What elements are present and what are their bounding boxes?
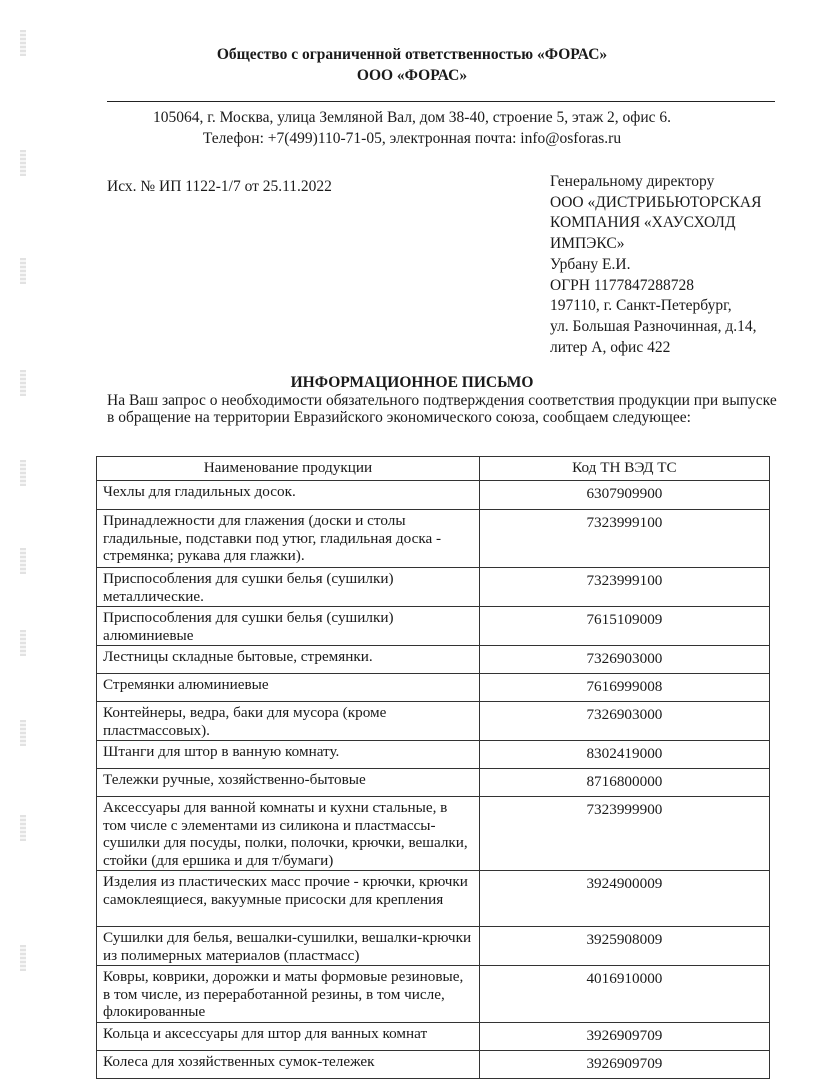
product-name: Стремянки алюминиевые — [97, 674, 480, 702]
table-row: Принадлежности для глажения (доски и сто… — [97, 510, 770, 568]
org-full-name: Общество с ограниченной ответственностью… — [0, 46, 824, 64]
recipient-line: КОМПАНИЯ «ХАУСХОЛД — [550, 213, 761, 234]
recipient-block: Генеральному директору ООО «ДИСТРИБЬЮТОР… — [550, 172, 761, 358]
table-row: Тележки ручные, хозяйственно-бытовые 871… — [97, 769, 770, 797]
product-name: Контейнеры, ведра, баки для мусора (кром… — [97, 702, 480, 741]
product-name: Колеса для хозяйственных сумок-тележек — [97, 1050, 480, 1078]
product-code: 3925908009 — [479, 927, 769, 966]
recipient-line: ОГРН 1177847288728 — [550, 276, 761, 297]
product-code: 3926909709 — [479, 1022, 769, 1050]
product-name: Ковры, коврики, дорожки и маты формовые … — [97, 966, 480, 1023]
recipient-line: Урбану Е.И. — [550, 255, 761, 276]
table-row: Сушилки для белья, вешалки-сушилки, веша… — [97, 927, 770, 966]
table-row: Чехлы для гладильных досок. 6307909900 — [97, 481, 770, 510]
product-name: Аксессуары для ванной комнаты и кухни ст… — [97, 797, 480, 871]
table-row: Изделия из пластических масс прочие - кр… — [97, 871, 770, 927]
scan-artifact-mark — [20, 815, 26, 841]
letter-title: ИНФОРМАЦИОННОЕ ПИСЬМО — [0, 374, 824, 392]
product-code: 8716800000 — [479, 769, 769, 797]
table-row: Колеса для хозяйственных сумок-тележек 3… — [97, 1050, 770, 1078]
product-name: Лестницы складные бытовые, стремянки. — [97, 646, 480, 674]
products-table: Наименование продукции Код ТН ВЭД ТС Чех… — [96, 456, 770, 1079]
product-name: Приспособления для сушки белья (сушилки)… — [97, 607, 480, 646]
product-code: 8302419000 — [479, 741, 769, 769]
product-name: Тележки ручные, хозяйственно-бытовые — [97, 769, 480, 797]
product-name: Сушилки для белья, вешалки-сушилки, веша… — [97, 927, 480, 966]
product-name: Чехлы для гладильных досок. — [97, 481, 480, 510]
table-row: Контейнеры, ведра, баки для мусора (кром… — [97, 702, 770, 741]
scan-artifact-mark — [20, 460, 26, 486]
recipient-line: литер А, офис 422 — [550, 338, 761, 359]
recipient-line: ИМПЭКС» — [550, 234, 761, 255]
product-code: 6307909900 — [479, 481, 769, 510]
scan-artifact-mark — [20, 945, 26, 971]
product-code: 7326903000 — [479, 646, 769, 674]
letterhead-divider — [107, 101, 775, 102]
org-address: 105064, г. Москва, улица Земляной Вал, д… — [0, 109, 824, 127]
table-row: Аксессуары для ванной комнаты и кухни ст… — [97, 797, 770, 871]
product-code: 7323999900 — [479, 797, 769, 871]
table-row: Кольца и аксессуары для штор для ванных … — [97, 1022, 770, 1050]
letter-intro: На Ваш запрос о необходимости обязательн… — [107, 393, 777, 426]
scan-artifact-mark — [20, 258, 26, 284]
product-name: Изделия из пластических масс прочие - кр… — [97, 871, 480, 927]
product-code: 3926909709 — [479, 1050, 769, 1078]
scan-artifact-mark — [20, 150, 26, 176]
scan-artifact-mark — [20, 720, 26, 746]
scan-artifact-mark — [20, 548, 26, 574]
product-code: 3924900009 — [479, 871, 769, 927]
product-name: Приспособления для сушки белья (сушилки)… — [97, 568, 480, 607]
outgoing-reference: Исх. № ИП 1122-1/7 от 25.11.2022 — [107, 178, 332, 196]
table-row: Стремянки алюминиевые 7616999008 — [97, 674, 770, 702]
table-row: Штанги для штор в ванную комнату. 830241… — [97, 741, 770, 769]
table-row: Приспособления для сушки белья (сушилки)… — [97, 568, 770, 607]
header-product-name: Наименование продукции — [97, 457, 480, 481]
product-name: Кольца и аксессуары для штор для ванных … — [97, 1022, 480, 1050]
table-header-row: Наименование продукции Код ТН ВЭД ТС — [97, 457, 770, 481]
product-code: 7323999100 — [479, 568, 769, 607]
table-row: Приспособления для сушки белья (сушилки)… — [97, 607, 770, 646]
table-row: Ковры, коврики, дорожки и маты формовые … — [97, 966, 770, 1023]
product-name: Штанги для штор в ванную комнату. — [97, 741, 480, 769]
product-code: 7615109009 — [479, 607, 769, 646]
product-code: 7323999100 — [479, 510, 769, 568]
org-short-name: ООО «ФОРАС» — [0, 67, 824, 85]
recipient-line: ООО «ДИСТРИБЬЮТОРСКАЯ — [550, 193, 761, 214]
product-code: 7616999008 — [479, 674, 769, 702]
header-tnved-code: Код ТН ВЭД ТС — [479, 457, 769, 481]
recipient-line: 197110, г. Санкт-Петербург, — [550, 296, 761, 317]
org-contacts: Телефон: +7(499)110-71-05, электронная п… — [0, 130, 824, 148]
recipient-line: Генеральному директору — [550, 172, 761, 193]
scan-artifact-mark — [20, 630, 26, 656]
table-row: Лестницы складные бытовые, стремянки. 73… — [97, 646, 770, 674]
product-code: 7326903000 — [479, 702, 769, 741]
product-name: Принадлежности для глажения (доски и сто… — [97, 510, 480, 568]
recipient-line: ул. Большая Разночинная, д.14, — [550, 317, 761, 338]
product-code: 4016910000 — [479, 966, 769, 1023]
